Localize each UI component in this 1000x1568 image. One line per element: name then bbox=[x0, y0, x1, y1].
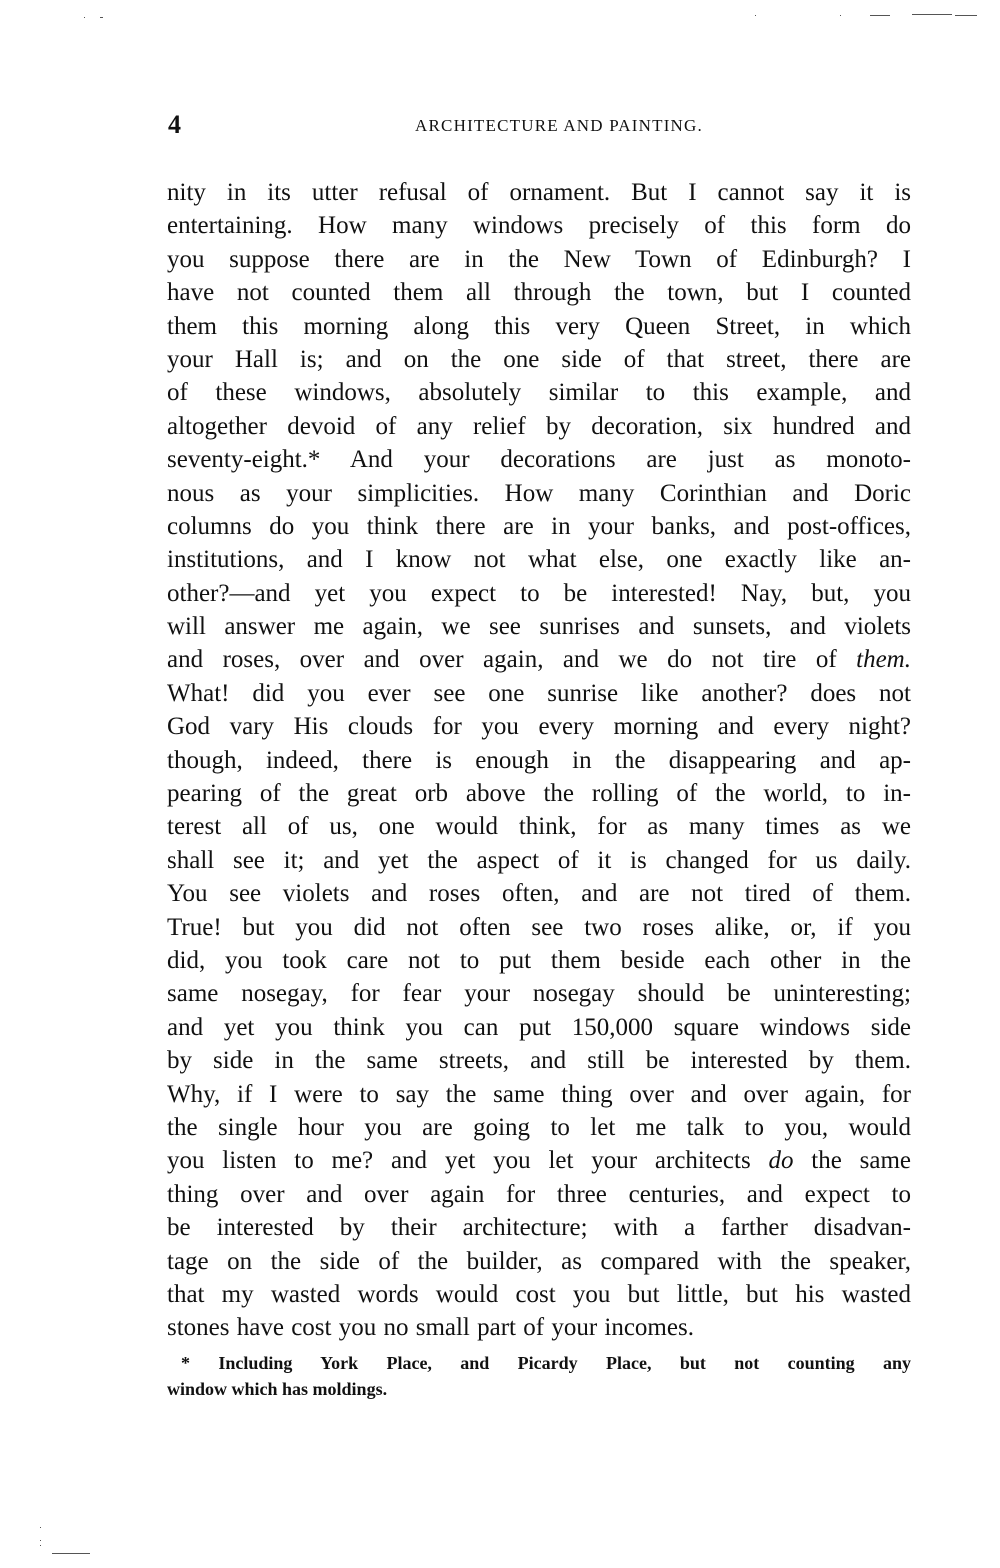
text-line: you suppose there are in the New Town of… bbox=[167, 243, 911, 276]
italic-emphasis: them. bbox=[856, 646, 911, 673]
text-line: will answer me again, we see sunrises an… bbox=[167, 610, 911, 643]
text-line: tage on the side of the builder, as comp… bbox=[167, 1245, 911, 1278]
text-line: other?—and yet you expect to be interest… bbox=[167, 577, 911, 610]
text-line: have not counted them all through the to… bbox=[167, 276, 911, 309]
text-line: of these windows, absolutely similar to … bbox=[167, 376, 911, 409]
text-line: nous as your simplicities. How many Cori… bbox=[167, 477, 911, 510]
text-line: and yet you think you can put 150,000 sq… bbox=[167, 1011, 911, 1044]
text-line: altogether devoid of any relief by decor… bbox=[167, 410, 911, 443]
scan-artifact bbox=[955, 15, 977, 16]
text-line: your Hall is; and on the one side of tha… bbox=[167, 343, 911, 376]
text-line: them this morning along this very Queen … bbox=[167, 310, 911, 343]
text-segment: and roses, over and over again, and we d… bbox=[167, 646, 856, 673]
text-line: columns do you think there are in your b… bbox=[167, 510, 911, 543]
text-line: same nosegay, for fear your nosegay shou… bbox=[167, 977, 911, 1010]
running-title: ARCHITECTURE AND PAINTING. bbox=[168, 114, 910, 138]
text-line: nity in its utter refusal of ornament. B… bbox=[167, 176, 911, 209]
scan-artifact bbox=[40, 1527, 41, 1528]
text-line: What! did you ever see one sunrise like … bbox=[167, 677, 911, 710]
text-line: seventy-eight.* And your decorations are… bbox=[167, 443, 911, 476]
body-text: nity in its utter refusal of ornament. B… bbox=[167, 176, 911, 1345]
text-line: you listen to me? and yet you let your a… bbox=[167, 1144, 911, 1177]
footnote-line: * Including York Place, and Picardy Plac… bbox=[167, 1350, 911, 1376]
text-line: by side in the same streets, and still b… bbox=[167, 1044, 911, 1077]
footnote: * Including York Place, and Picardy Plac… bbox=[167, 1350, 911, 1402]
text-segment: the same bbox=[793, 1147, 911, 1174]
text-line: terest all of us, one would think, for a… bbox=[167, 810, 911, 843]
book-page: 4 ARCHITECTURE AND PAINTING. nity in its… bbox=[0, 0, 1000, 1568]
scan-artifact bbox=[100, 17, 103, 18]
italic-emphasis: do bbox=[768, 1147, 793, 1174]
text-line: institutions, and I know not what else, … bbox=[167, 543, 911, 576]
text-line: that my wasted words would cost you but … bbox=[167, 1278, 911, 1311]
scan-artifact bbox=[40, 1545, 41, 1546]
text-line: pearing of the great orb above the rolli… bbox=[167, 777, 911, 810]
scan-artifact bbox=[52, 1553, 90, 1554]
text-line: entertaining. How many windows precisely… bbox=[167, 209, 911, 242]
text-segment: you listen to me? and yet you let your a… bbox=[167, 1147, 768, 1174]
scan-artifact bbox=[870, 15, 890, 16]
scan-artifact bbox=[755, 15, 756, 16]
text-line: True! but you did not often see two rose… bbox=[167, 911, 911, 944]
scan-artifact bbox=[40, 1540, 41, 1541]
text-line: be interested by their architecture; wit… bbox=[167, 1211, 911, 1244]
running-head: 4 ARCHITECTURE AND PAINTING. bbox=[168, 110, 910, 140]
text-line: shall see it; and yet the aspect of it i… bbox=[167, 844, 911, 877]
text-line: You see violets and roses often, and are… bbox=[167, 877, 911, 910]
text-line: did, you took care not to put them besid… bbox=[167, 944, 911, 977]
text-line: Why, if I were to say the same thing ove… bbox=[167, 1078, 911, 1111]
text-line: the single hour you are going to let me … bbox=[167, 1111, 911, 1144]
text-line: stones have cost you no small part of yo… bbox=[167, 1311, 911, 1344]
scan-artifact bbox=[912, 14, 952, 15]
scan-artifact bbox=[84, 17, 85, 18]
scan-artifact bbox=[840, 15, 841, 16]
footnote-line: window which has moldings. bbox=[167, 1376, 911, 1402]
text-line: thing over and over again for three cent… bbox=[167, 1178, 911, 1211]
text-line: and roses, over and over again, and we d… bbox=[167, 643, 911, 676]
text-line: though, indeed, there is enough in the d… bbox=[167, 744, 911, 777]
text-line: God vary His clouds for you every mornin… bbox=[167, 710, 911, 743]
